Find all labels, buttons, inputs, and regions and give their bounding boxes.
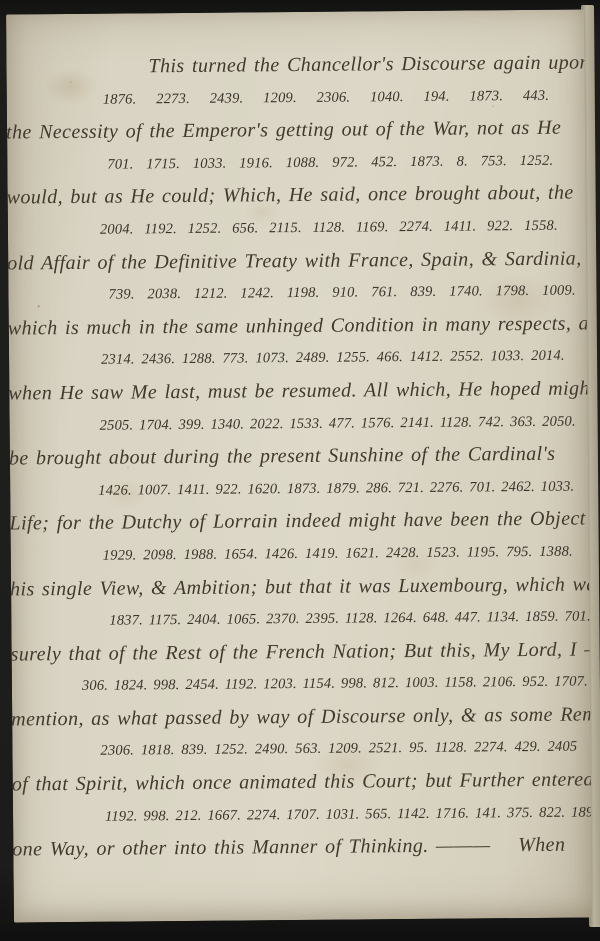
manuscript-line: Life; for the Dutchy of Lorrain indeed m… — [6, 503, 589, 541]
manuscript-line: his single View, & Ambition; but that it… — [6, 568, 589, 606]
cipher-line: 2314. 2436. 1288. 773. 1073. 2489. 1255.… — [9, 340, 587, 378]
manuscript-line: old Affair of the Definitive Treaty with… — [6, 242, 586, 280]
cipher-line: 306. 1824. 998. 2454. 1192. 1203. 1154. … — [12, 666, 590, 704]
cipher-line: 2505. 1704. 399. 1340. 2022. 1533. 477. … — [10, 405, 588, 443]
manuscript-line: This turned the Chancellor's Discourse a… — [6, 46, 584, 84]
manuscript-line: mention, as what passed by way of Discou… — [7, 698, 590, 736]
cipher-line: 1929. 2098. 1988. 1654. 1426. 1419. 1621… — [11, 535, 589, 573]
manuscript-line: when He saw Me last, must be resumed. Al… — [6, 372, 587, 410]
closing-sentence: one Way, or other into this Manner of Th… — [12, 830, 491, 867]
cipher-line: 1426. 1007. 1411. 922. 1620. 1873. 1879.… — [10, 470, 588, 508]
cipher-line: 701. 1715. 1033. 1916. 1088. 972. 452. 1… — [7, 144, 585, 182]
manuscript-line: be brought about during the present Suns… — [6, 438, 588, 476]
manuscript-line: which is much in the same unhinged Condi… — [6, 307, 587, 345]
manuscript-text-block: This turned the Chancellor's Discourse a… — [6, 9, 592, 922]
cipher-line: 2306. 1818. 839. 1252. 2490. 563. 1209. … — [12, 731, 590, 769]
cipher-line: 1837. 1175. 2404. 1065. 2370. 2395. 1128… — [11, 601, 589, 639]
cipher-line: 739. 2038. 1212. 1242. 1198. 910. 761. 8… — [8, 275, 586, 313]
manuscript-page: This turned the Chancellor's Discourse a… — [6, 9, 592, 922]
manuscript-line: the Necessity of the Emperor's getting o… — [6, 112, 585, 150]
cipher-line: 2004. 1192. 1252. 656. 2115. 1128. 1169.… — [8, 209, 586, 247]
cipher-line: 1192. 998. 212. 1667. 2274. 1707. 1031. … — [13, 796, 591, 834]
cipher-line: 1876. 2273. 2439. 1209. 2306. 1040. 194.… — [7, 79, 585, 117]
manuscript-line: would, but as He could; Which, He said, … — [6, 177, 586, 215]
manuscript-line: surely that of the Rest of the French Na… — [6, 633, 589, 671]
manuscript-line: of that Spirit, which once animated this… — [8, 764, 591, 802]
manuscript-line: one Way, or other into this Manner of Th… — [8, 829, 591, 867]
catchword: When — [518, 829, 565, 862]
scan-background: This turned the Chancellor's Discourse a… — [0, 0, 600, 941]
